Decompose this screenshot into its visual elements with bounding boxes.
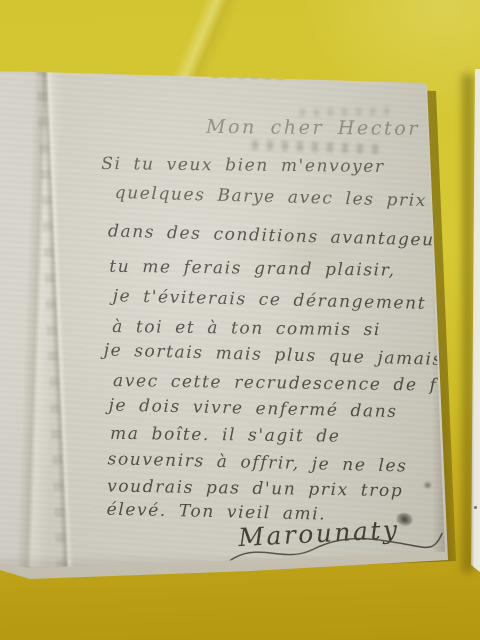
ink-blot (423, 481, 432, 489)
letter-line: ma boîte. il s'agit de (110, 426, 341, 446)
paper-stain (250, 216, 370, 286)
paper-fold-edge (40, 62, 74, 578)
letter-line: quelques Barye avec les prix (114, 185, 427, 210)
letter-line: tu me ferais grand plaisir, (109, 259, 395, 280)
ink-showthrough-mark (252, 140, 380, 154)
letter-line: je t'éviterais ce dérangement (113, 288, 427, 313)
letter-line: souvenirs à offrir, je ne les (107, 451, 407, 475)
handwriting-layer: Mon cher Hector Si tu veux bien m'envoye… (0, 65, 449, 580)
letter-line: élevé. Ton vieil ami. (106, 502, 326, 524)
second-paper-speck (474, 506, 477, 509)
letter-line: dans des conditions avantageuses (108, 223, 468, 250)
letter-line: je sortais mais plus que jamais (103, 342, 443, 368)
ink-showthrough-mark (300, 107, 396, 117)
letter-signature: Marounaty (238, 515, 401, 552)
letter-line: je dois vivre enfermé dans (108, 397, 397, 421)
letter-paper: Mon cher Hector Si tu veux bien m'envoye… (0, 66, 448, 572)
paper-fold-nicks (36, 66, 67, 572)
letter-line: Si tu veux bien m'envoyer (101, 156, 385, 176)
photo-background: Mon cher Hector Si tu veux bien m'envoye… (0, 0, 480, 640)
letter-line: avec cette recrudescence de froid (113, 373, 479, 395)
signature-text: Marounaty (238, 515, 401, 552)
letter-line: voudrais pas d'un prix trop (107, 478, 403, 500)
letter-line: à toi et à ton commis si (112, 319, 381, 339)
letter-salutation: Mon cher Hector (206, 118, 420, 139)
ink-blot (395, 510, 415, 528)
